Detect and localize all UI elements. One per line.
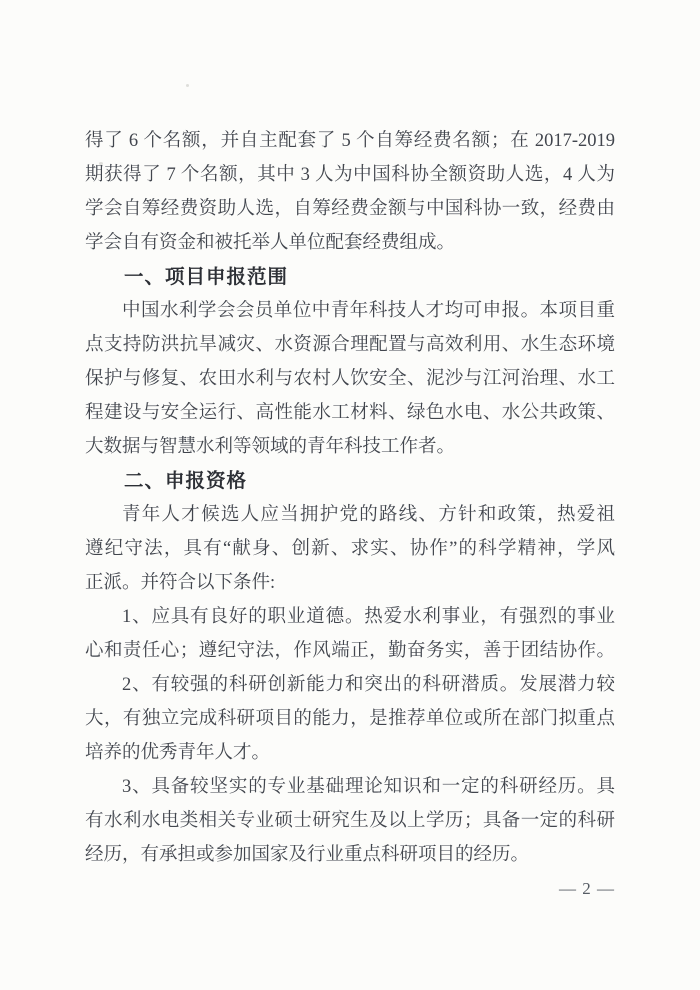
text-line: 有水利水电类相关专业硕士研究生及以上学历；具备一定的科研 xyxy=(85,804,615,838)
list-item-3-line: 3、具备较坚实的专业基础理论知识和一定的科研经历。具 xyxy=(85,770,615,804)
text-line: 大数据与智慧水利等领域的青年科技工作者。 xyxy=(85,430,615,464)
text-line: 心和责任心；遵纪守法，作风端正，勤奋务实，善于团结协作。 xyxy=(85,634,615,668)
text-line: 中国水利学会会员单位中青年科技人才均可申报。本项目重 xyxy=(85,294,615,328)
text-line: 青年人才候选人应当拥护党的路线、方针和政策，热爱祖国， xyxy=(85,498,615,532)
list-item-2-line: 2、有较强的科研创新能力和突出的科研潜质。发展潜力较 xyxy=(85,668,615,702)
section-heading-2: 二、申报资格 xyxy=(85,464,615,498)
scan-speck xyxy=(99,162,103,165)
scan-speck xyxy=(186,84,189,87)
text-line: 大，有独立完成科研项目的能力，是推荐单位或所在部门拟重点 xyxy=(85,702,615,736)
text-line: 保护与修复、农田水利与农村人饮安全、泥沙与江河治理、水工 xyxy=(85,362,615,396)
text-line: 点支持防洪抗旱减灾、水资源合理配置与高效利用、水生态环境 xyxy=(85,328,615,362)
text-line: 学会自筹经费资助人选，自筹经费金额与中国科协一致，经费由 xyxy=(85,192,615,226)
text-line: 得了 6 个名额，并自主配套了 5 个自筹经费名额；在 2017-2019 xyxy=(85,124,615,158)
document-page: 得了 6 个名额，并自主配套了 5 个自筹经费名额；在 2017-2019 期获… xyxy=(0,0,700,990)
page-number: — 2 — xyxy=(85,872,615,906)
section-heading-1: 一、项目申报范围 xyxy=(85,260,615,294)
text-line: 培养的优秀青年人才。 xyxy=(85,736,615,770)
text-line: 学会自有资金和被托举人单位配套经费组成。 xyxy=(85,226,615,260)
text-line: 程建设与安全运行、高性能水工材料、绿色水电、水公共政策、 xyxy=(85,396,615,430)
text-line: 经历，有承担或参加国家及行业重点科研项目的经历。 xyxy=(85,838,615,872)
text-line: 期获得了 7 个名额，其中 3 人为中国科协全额资助人选，4 人为 xyxy=(85,158,615,192)
text-line: 遵纪守法，具有“献身、创新、求实、协作”的科学精神，学风 xyxy=(85,532,615,566)
list-item-1-line: 1、应具有良好的职业道德。热爱水利事业，有强烈的事业 xyxy=(85,600,615,634)
text-line: 正派。并符合以下条件: xyxy=(85,566,615,600)
